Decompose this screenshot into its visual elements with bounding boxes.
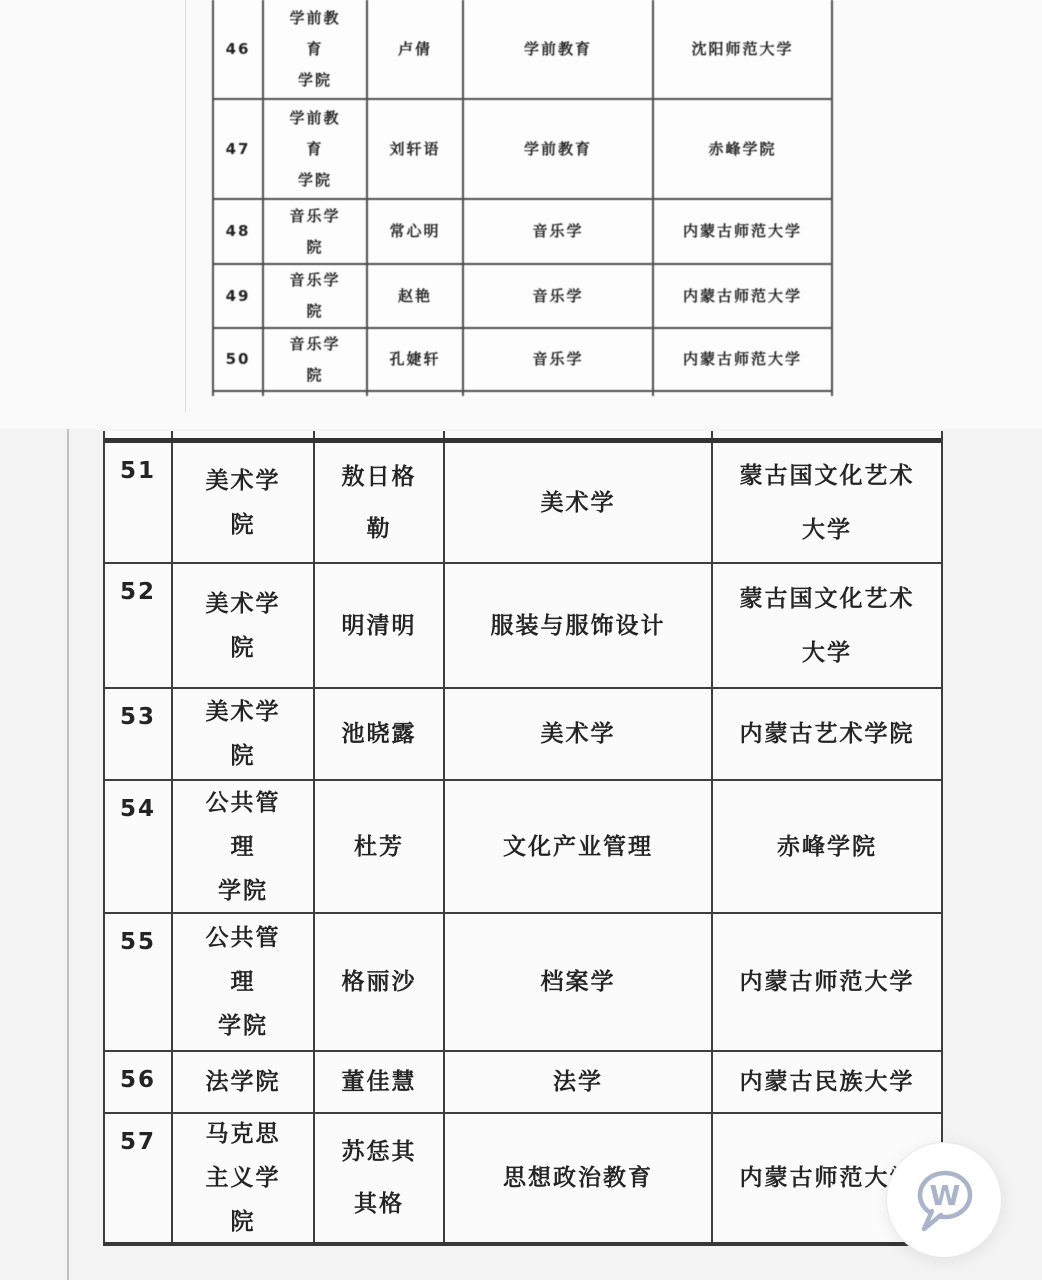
name-cell: 苏恁其 其格 xyxy=(315,1114,445,1242)
college-cell: 学前教 育 学院 xyxy=(264,100,368,198)
no-cell: 56 xyxy=(105,1052,173,1112)
name-text: 杜芳 xyxy=(354,821,404,873)
no-text: 48 xyxy=(226,216,251,247)
name-cell: 格丽沙 xyxy=(315,914,445,1050)
university-text: 赤峰学院 xyxy=(708,134,776,165)
no-cell: 48 xyxy=(214,200,264,263)
major-cell xyxy=(464,392,654,396)
university-cell: 内蒙古师范大学 xyxy=(654,200,831,263)
major-cell xyxy=(445,431,713,438)
major-text: 音乐学 xyxy=(532,281,583,312)
no-text: 51 xyxy=(120,458,156,484)
university-text: 赤峰学院 xyxy=(777,820,877,874)
college-cell: 马克思 主义学 院 xyxy=(173,1114,315,1242)
no-text: 55 xyxy=(120,929,156,955)
no-cell: 50 xyxy=(214,329,264,390)
table-row: 47学前教 育 学院刘轩语学前教育赤峰学院 xyxy=(214,98,831,198)
college-cell xyxy=(173,431,315,438)
partial-row xyxy=(214,390,831,396)
name-cell: 敖日格 勒 xyxy=(315,443,445,562)
university-cell: 蒙古国文化艺术 大学 xyxy=(713,443,941,562)
name-cell: 常心明 xyxy=(368,200,464,263)
name-text: 格丽沙 xyxy=(342,956,417,1008)
name-cell: 董佳慧 xyxy=(315,1052,445,1112)
college-text: 公共管 理 学院 xyxy=(206,781,281,912)
name-text: 孔婕轩 xyxy=(389,344,440,375)
svg-text:W: W xyxy=(930,1179,961,1212)
major-text: 档案学 xyxy=(541,967,616,997)
university-cell xyxy=(654,392,831,396)
table-row: 55公共管 理 学院格丽沙档案学内蒙古师范大学 xyxy=(105,912,941,1050)
partial-row xyxy=(105,431,941,438)
no-cell: 55 xyxy=(105,914,173,1050)
major-text: 学前教育 xyxy=(524,34,592,65)
no-text: 49 xyxy=(226,281,251,312)
name-cell: 赵艳 xyxy=(368,265,464,327)
university-cell xyxy=(713,431,941,438)
college-text: 美术学 院 xyxy=(206,459,281,547)
no-cell: 53 xyxy=(105,689,173,779)
major-text: 音乐学 xyxy=(532,344,583,375)
college-cell: 公共管 理 学院 xyxy=(173,781,315,912)
table-row: 49音乐学 院赵艳音乐学内蒙古师范大学 xyxy=(214,263,831,327)
table-row: 51美术学 院敖日格 勒美术学蒙古国文化艺术 大学 xyxy=(105,438,941,562)
college-text: 学前教 育 学院 xyxy=(289,103,340,196)
major-text: 文化产业管理 xyxy=(503,832,653,862)
no-text: 47 xyxy=(226,134,251,165)
table-row: 52美术学 院明清明服装与服饰设计蒙古国文化艺术 大学 xyxy=(105,562,941,687)
name-cell xyxy=(315,431,445,438)
name-text: 苏恁其 其格 xyxy=(342,1126,417,1230)
major-cell: 档案学 xyxy=(445,914,713,1050)
university-cell: 内蒙古民族大学 xyxy=(713,1052,941,1112)
college-text: 公共管 理 学院 xyxy=(206,916,281,1048)
university-text: 内蒙古民族大学 xyxy=(740,1055,915,1109)
no-text: 54 xyxy=(120,796,156,822)
major-cell: 音乐学 xyxy=(464,329,654,390)
page-edge-line xyxy=(67,429,69,1280)
name-cell: 池晓露 xyxy=(315,689,445,779)
college-cell: 音乐学 院 xyxy=(264,265,368,327)
name-text: 明清明 xyxy=(342,600,417,652)
college-text: 美术学 院 xyxy=(206,690,281,778)
college-text: 音乐学 院 xyxy=(289,201,340,263)
no-cell: 51 xyxy=(105,443,173,562)
college-text: 音乐学 院 xyxy=(289,329,340,390)
university-text: 蒙古国文化艺术 大学 xyxy=(740,572,915,680)
name-cell: 卢倩 xyxy=(368,0,464,98)
no-cell: 52 xyxy=(105,564,173,687)
major-cell: 音乐学 xyxy=(464,200,654,263)
w-chat-watermark-button[interactable]: W xyxy=(886,1142,1002,1258)
name-cell: 杜芳 xyxy=(315,781,445,912)
no-cell: 47 xyxy=(214,100,264,198)
college-text: 美术学 院 xyxy=(206,582,281,670)
college-cell: 学前教 育 学院 xyxy=(264,0,368,98)
name-cell: 明清明 xyxy=(315,564,445,687)
name-text: 赵艳 xyxy=(398,281,432,312)
university-text: 内蒙古艺术学院 xyxy=(740,707,915,761)
college-cell: 音乐学 院 xyxy=(264,329,368,390)
bottom-table-snapshot: 51美术学 院敖日格 勒美术学蒙古国文化艺术 大学52美术学 院明清明服装与服饰… xyxy=(103,431,943,1246)
table-row: 53美术学 院池晓露美术学内蒙古艺术学院 xyxy=(105,687,941,779)
university-cell: 内蒙古师范大学 xyxy=(654,265,831,327)
table-row: 48音乐学 院常心明音乐学内蒙古师范大学 xyxy=(214,198,831,263)
no-cell: 54 xyxy=(105,781,173,912)
university-cell: 赤峰学院 xyxy=(654,100,831,198)
college-text: 马克思 主义学 院 xyxy=(206,1114,281,1242)
major-cell: 美术学 xyxy=(445,443,713,562)
name-text: 池晓露 xyxy=(342,708,417,760)
college-text: 法学院 xyxy=(206,1060,281,1104)
major-text: 思想政治教育 xyxy=(503,1163,653,1193)
university-text: 内蒙古师范大学 xyxy=(683,281,802,312)
university-text: 内蒙古师范大学 xyxy=(740,955,915,1009)
college-cell: 美术学 院 xyxy=(173,443,315,562)
college-cell xyxy=(264,392,368,396)
table-row: 46学前教 育 学院卢倩学前教育沈阳师范大学 xyxy=(214,0,831,98)
major-text: 学前教育 xyxy=(524,134,592,165)
major-text: 美术学 xyxy=(541,719,616,749)
major-text: 法学 xyxy=(553,1067,603,1097)
university-cell: 内蒙古艺术学院 xyxy=(713,689,941,779)
university-cell: 沈阳师范大学 xyxy=(654,0,831,98)
university-text: 蒙古国文化艺术 大学 xyxy=(740,449,915,557)
no-text: 52 xyxy=(120,579,156,605)
major-cell: 法学 xyxy=(445,1052,713,1112)
major-cell: 思想政治教育 xyxy=(445,1114,713,1242)
no-text: 56 xyxy=(120,1067,156,1093)
no-cell xyxy=(214,392,264,396)
no-text: 53 xyxy=(120,704,156,730)
college-cell: 公共管 理 学院 xyxy=(173,914,315,1050)
major-text: 音乐学 xyxy=(532,216,583,247)
major-text: 服装与服饰设计 xyxy=(491,611,666,641)
major-cell: 服装与服饰设计 xyxy=(445,564,713,687)
major-cell: 音乐学 xyxy=(464,265,654,327)
major-cell: 文化产业管理 xyxy=(445,781,713,912)
no-cell: 49 xyxy=(214,265,264,327)
college-cell: 美术学 院 xyxy=(173,564,315,687)
university-text: 内蒙古师范大学 xyxy=(683,344,802,375)
table-row: 50音乐学 院孔婕轩音乐学内蒙古师范大学 xyxy=(214,327,831,390)
major-cell: 学前教育 xyxy=(464,100,654,198)
university-text: 沈阳师范大学 xyxy=(691,34,793,65)
university-cell: 内蒙古师范大学 xyxy=(713,914,941,1050)
table-row: 57马克思 主义学 院苏恁其 其格思想政治教育内蒙古师范大学 xyxy=(105,1112,941,1242)
name-text: 常心明 xyxy=(389,216,440,247)
name-cell: 孔婕轩 xyxy=(368,329,464,390)
university-text: 内蒙古师范大学 xyxy=(683,216,802,247)
college-cell: 法学院 xyxy=(173,1052,315,1112)
college-cell: 音乐学 院 xyxy=(264,200,368,263)
top-table-snapshot: 46学前教 育 学院卢倩学前教育沈阳师范大学47学前教 育 学院刘轩语学前教育赤… xyxy=(212,0,833,396)
no-text: 46 xyxy=(226,34,251,65)
name-text: 刘轩语 xyxy=(389,134,440,165)
no-text: 57 xyxy=(120,1129,156,1155)
university-cell: 赤峰学院 xyxy=(713,781,941,912)
name-text: 卢倩 xyxy=(398,34,432,65)
college-cell: 美术学 院 xyxy=(173,689,315,779)
no-text: 50 xyxy=(226,344,251,375)
name-text: 董佳慧 xyxy=(342,1056,417,1108)
name-cell: 刘轩语 xyxy=(368,100,464,198)
no-cell: 46 xyxy=(214,0,264,98)
university-cell: 蒙古国文化艺术 大学 xyxy=(713,564,941,687)
college-text: 学前教 育 学院 xyxy=(289,3,340,96)
college-text: 音乐学 院 xyxy=(289,265,340,327)
table-row: 56法学院董佳慧法学内蒙古民族大学 xyxy=(105,1050,941,1112)
major-cell: 学前教育 xyxy=(464,0,654,98)
table-row: 54公共管 理 学院杜芳文化产业管理赤峰学院 xyxy=(105,779,941,912)
university-cell: 内蒙古师范大学 xyxy=(654,329,831,390)
name-cell xyxy=(368,392,464,396)
speech-bubble-w-icon: W xyxy=(907,1163,981,1237)
no-cell: 57 xyxy=(105,1114,173,1242)
name-text: 敖日格 勒 xyxy=(342,451,417,555)
major-text: 美术学 xyxy=(541,488,616,518)
page-edge-line xyxy=(185,0,186,412)
major-cell: 美术学 xyxy=(445,689,713,779)
